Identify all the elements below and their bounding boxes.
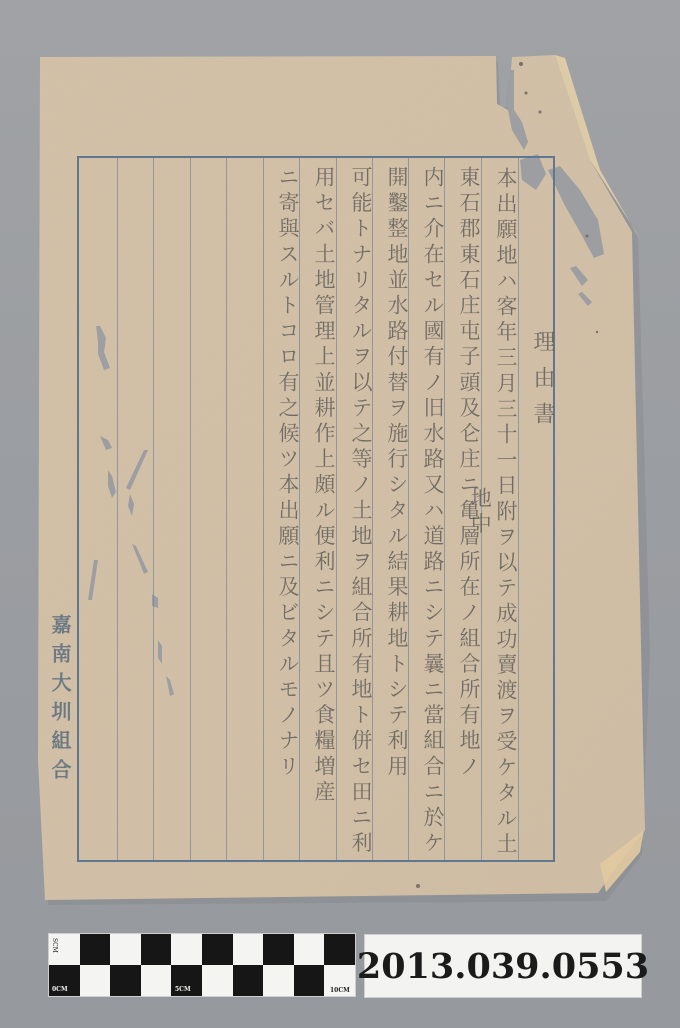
column-rule [518,158,519,860]
scale-square [202,934,233,965]
scale-square [294,965,325,996]
color-scale-bar [49,934,355,996]
column-rule [190,158,191,860]
scale-label-5: 5CM [175,986,191,993]
column-rule [117,158,118,860]
scale-label-0: 0CM [52,986,68,993]
scale-square [202,965,233,996]
scale-side-label: SCM [51,938,58,953]
text-column-7: ニ寄與スルトコロ有之候ツ本出願ニ及ビタルモノナリ [264,166,300,780]
text-column-1: 本出願地ハ客年三月三十一日附ヲ以テ成功賣渡ヲ受ケタル土地中 [482,166,518,860]
scale-square [110,934,141,965]
column-rule [226,158,227,860]
text-column-5: 可能トナリタルヲ以テ之等ノ土地ヲ組合所有地ト併セ田ニ利 [337,166,373,857]
text-column-3: 内ニ介在セル國有ノ旧水路又ハ道路ニシテ曩ニ當組合ニ於ケ [409,166,445,857]
text-column-6: 用セバ土地管理上並耕作上頗ル便利ニシテ且ツ食糧増産 [300,166,336,806]
scale-square [263,965,294,996]
ruled-frame: 理由書 本出願地ハ客年三月三十一日附ヲ以テ成功賣渡ヲ受ケタル土地中 東石郡東石庄… [77,156,555,862]
scale-square [263,934,294,965]
scale-label-10: 10CM [330,987,350,994]
accession-number-label: 2013.039.0553 [365,935,641,997]
scale-square [80,965,111,996]
text-column-2: 東石郡東石庄屯子頭及仑庄ニ亀層所在ノ組合所有地ノ [445,166,481,780]
scale-square [80,934,111,965]
document-sheet: 理由書 本出願地ハ客年三月三十一日附ヲ以テ成功賣渡ヲ受ケタル土地中 東石郡東石庄… [0,0,680,1028]
scale-square [233,965,264,996]
column-rule [153,158,154,860]
scale-square [233,934,264,965]
text-column-4: 開鑿整地並水路付替ヲ施行シタル結果耕地トシテ利用 [373,166,409,780]
scale-square [324,934,355,965]
scale-square [141,965,172,996]
scale-square [141,934,172,965]
scale-square [110,965,141,996]
organization-stamp: 嘉南大圳組合 [46,614,75,788]
document-title: 理由書 [519,330,555,438]
scale-square [171,934,202,965]
scale-square [294,934,325,965]
